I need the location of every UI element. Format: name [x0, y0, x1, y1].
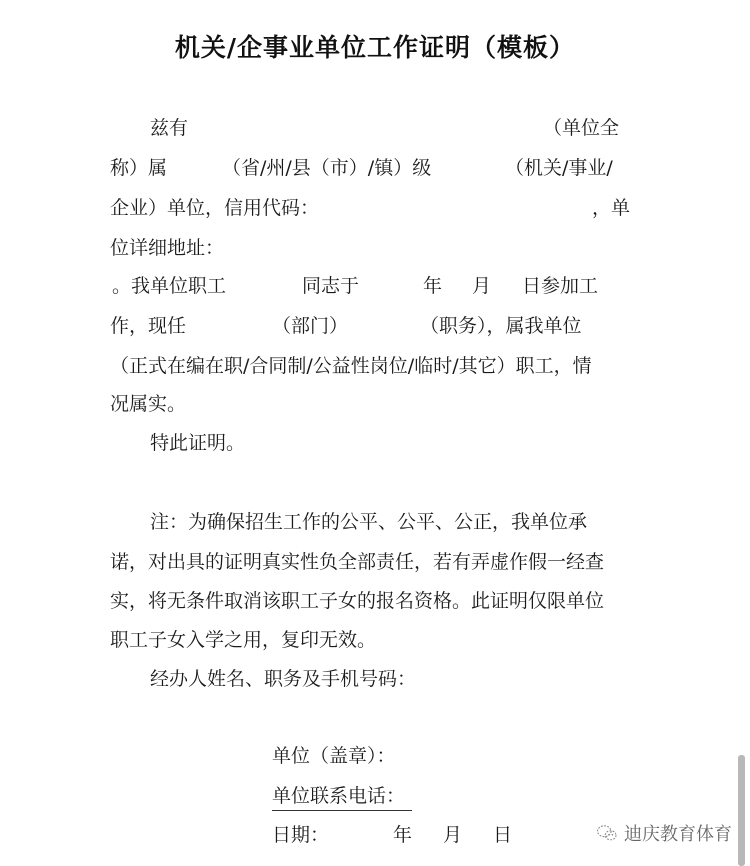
text-segment: 日参加工	[522, 271, 598, 298]
phone-label: 单位联系电话：	[272, 781, 412, 811]
text-segment: 位详细地址：	[110, 233, 224, 260]
text-segment: （省/州/县（市）/镇）级	[222, 153, 431, 180]
text-segment: （机关/事业/	[505, 153, 613, 180]
day-label: 日	[493, 820, 512, 847]
stamp-label: 单位（盖章）：	[272, 741, 396, 768]
note-line: 注：为确保招生工作的公平、公平、公正，我单位承	[150, 507, 587, 534]
text-segment: （正式在编在职/合同制/公益性岗位/临时/其它）职工，情	[110, 351, 592, 378]
text-segment: （部门）	[272, 311, 348, 338]
month-label: 月	[443, 820, 462, 847]
text-segment: （职务），属我单位	[420, 311, 582, 338]
handler-label: 经办人姓名、职务及手机号码：	[150, 664, 416, 691]
certify-statement: 特此证明。	[150, 428, 245, 455]
watermark: 迪庆教育体育	[596, 820, 732, 846]
text-segment: 兹有	[150, 113, 188, 140]
document-title: 机关/企事业单位工作证明（模板）	[0, 28, 750, 64]
note-line: 实，将无条件取消该职工子女的报名资格。此证明仅限单位	[110, 586, 604, 613]
text-segment: （单位全	[543, 113, 619, 140]
text-segment: 同志于	[302, 271, 359, 298]
year-label: 年	[393, 820, 412, 847]
text-segment: ，单	[592, 193, 630, 220]
text-segment: 称）属	[110, 153, 167, 180]
scrollbar[interactable]	[738, 755, 745, 866]
text-segment: 月	[472, 271, 491, 298]
note-line: 诺，对出具的证明真实性负全部责任，若有弄虚作假一经查	[110, 547, 604, 574]
text-segment: 况属实。	[110, 389, 186, 416]
date-label: 日期：	[272, 820, 329, 847]
note-line: 职工子女入学之用，复印无效。	[110, 625, 376, 652]
text-segment: 年	[423, 271, 442, 298]
text-segment: 。我单位职工	[112, 271, 226, 298]
watermark-text: 迪庆教育体育	[624, 820, 732, 846]
text-segment: 作，现任	[110, 311, 186, 338]
text-segment: 企业）单位，信用代码：	[110, 193, 319, 220]
wechat-icon	[596, 824, 618, 842]
